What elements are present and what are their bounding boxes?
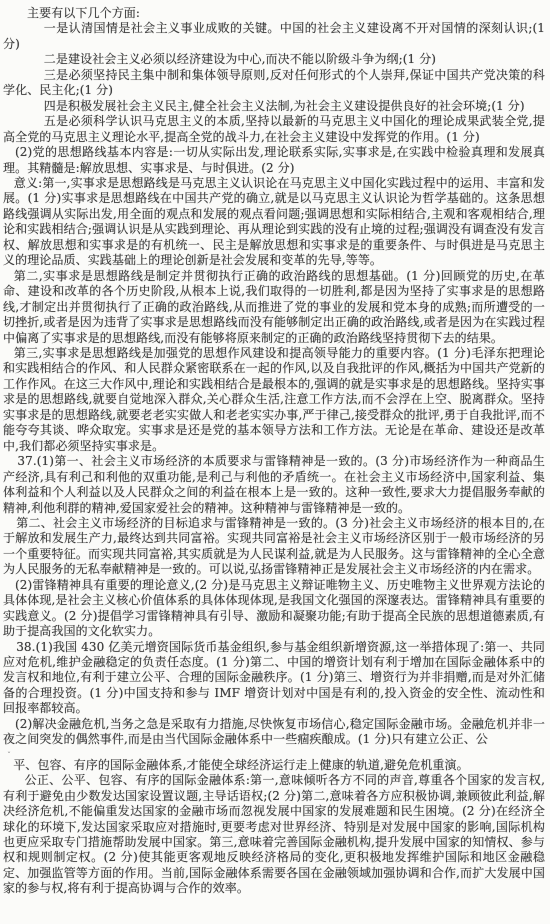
paragraph: 38.(1)我国 430 亿美元增资国际货币基金组织,参与基金组织新增资源,这一… bbox=[3, 640, 545, 717]
document-section-bottom: 平、包容、有序的国际金融体系,才能使全球经济运行走上健康的轨道,避免危机重演。公… bbox=[3, 758, 545, 897]
paragraph: 主要有以下几个方面: bbox=[3, 6, 545, 21]
paragraph: 平、包容、有序的国际金融体系,才能使全球经济运行走上健康的轨道,避免危机重演。 bbox=[3, 758, 545, 773]
paragraph: 一是认清国情是社会主义事业成败的关键。中国的社会主义建设离不开对国情的深刻认识;… bbox=[3, 21, 545, 52]
paragraph: 第三,实事求是思想路线是加强党的思想作风建设和提高领导能力的重要内容。(1 分)… bbox=[3, 346, 545, 454]
paragraph: 四是积极发展社会主义民主,健全社会主义法制,为社会主义建设提供良好的社会环境;(… bbox=[3, 99, 545, 114]
paragraph: 五是必须科学认识马克思主义的本质,坚持以最新的马克思主义中国化的理论成果武装全党… bbox=[3, 114, 545, 145]
paragraph: 第二、社会主义市场经济的目标追求与雷锋精神是一致的。(3 分)社会主义市场经济的… bbox=[3, 516, 545, 578]
paragraph: 公正、公平、包容、有序的国际金融体系:第一,意味倾听各方不同的声音,尊重各个国家… bbox=[3, 773, 545, 897]
paragraph: (2)解决金融危机,当务之急是采取有力措施,尽快恢复市场信心,稳定国际金融市场。… bbox=[3, 717, 545, 748]
paragraph: (2)党的思想路线基本内容是:一切从实际出发,理论联系实际,实事求是,在实践中检… bbox=[3, 145, 545, 176]
paragraph: 第二,实事求是思想路线是制定并贯彻执行正确的政治路线的思想基础。(1 分)回顾党… bbox=[3, 269, 545, 346]
paragraph: 37.(1)第一、社会主义市场经济的本质要求与雷锋精神是一致的。(3 分)市场经… bbox=[3, 454, 545, 516]
paragraph: 三是必须坚持民主集中制和集体领导原则,反对任何形式的个人崇拜,保证中国共产党决策… bbox=[3, 68, 545, 99]
paragraph: 二是建设社会主义必须以经济建设为中心,而决不能以阶级斗争为纲;(1 分) bbox=[3, 52, 545, 67]
document-page: 主要有以下几个方面:一是认清国情是社会主义事业成败的关键。中国的社会主义建设离不… bbox=[0, 0, 550, 924]
document-section-top: 主要有以下几个方面:一是认清国情是社会主义事业成败的关键。中国的社会主义建设离不… bbox=[3, 6, 545, 748]
paragraph: (2)雷锋精神具有重要的理论意义,(2 分)是马克思主义辩证唯物主义、历史唯物主… bbox=[3, 578, 545, 640]
paragraph: 意义:第一,实事求是思想路线是马克思主义认识论在马克思主义中国化实践过程中的运用… bbox=[3, 176, 545, 269]
